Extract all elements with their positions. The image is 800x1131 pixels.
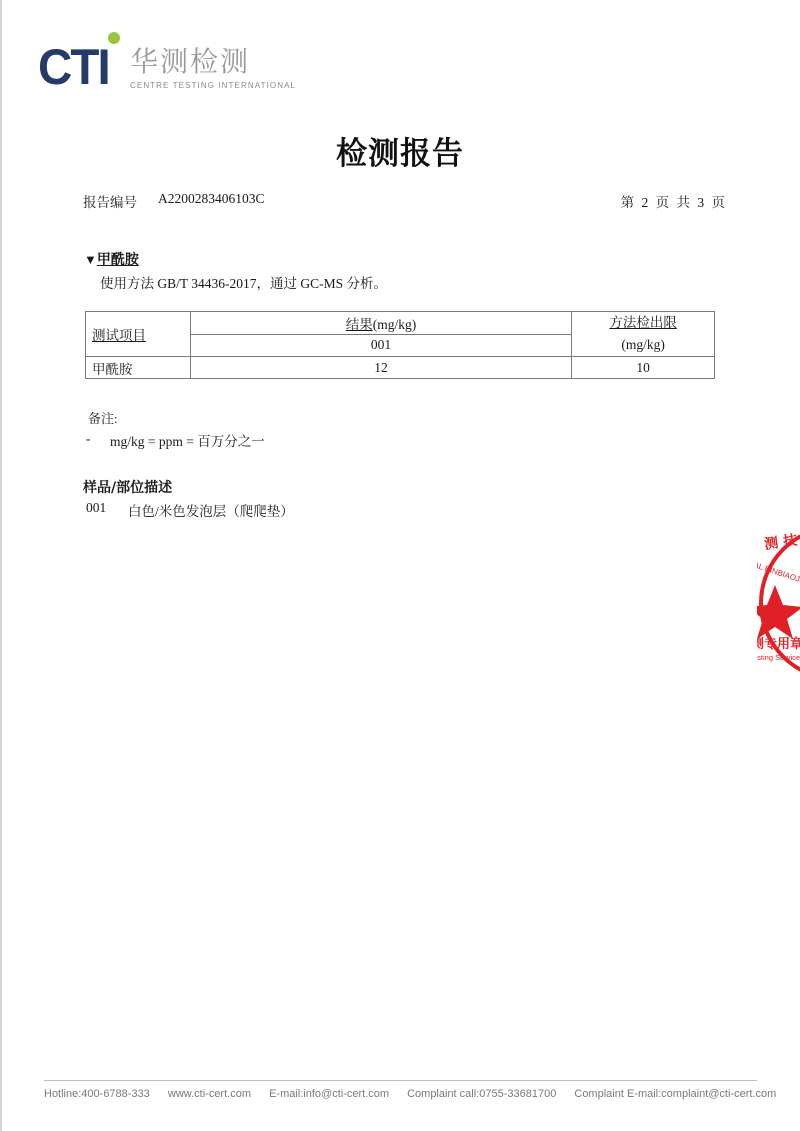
note-bullet: - xyxy=(86,431,90,447)
footer-divider xyxy=(44,1080,757,1081)
logo-chinese-name: 华测检测 xyxy=(130,46,250,78)
section-heading: ▼甲酰胺 xyxy=(84,249,139,269)
svg-text:测 技: 测 技 xyxy=(763,532,798,553)
results-table: 测试项目 结果(mg/kg) 方法检出限 (mg/kg) 001 甲酰胺 12 … xyxy=(85,311,715,379)
sample-description: 白色/米色发泡层（爬爬垫） xyxy=(128,500,294,520)
notes-label: 备注: xyxy=(88,408,118,427)
footer-complaint-email[interactable]: Complaint E-mail:complaint@cti-cert.com xyxy=(574,1088,776,1100)
footer-complaint-call: Complaint call:0755-33681700 xyxy=(407,1088,556,1100)
footer-website[interactable]: www.cti-cert.com xyxy=(168,1088,251,1100)
footer-email[interactable]: E-mail:info@cti-cert.com xyxy=(269,1088,389,1100)
cell-item: 甲酰胺 xyxy=(86,357,191,379)
footer: Hotline:400-6788-333 www.cti-cert.com E-… xyxy=(44,1088,764,1100)
note-item: mg/kg = ppm = 百万分之一 xyxy=(110,430,265,450)
report-number-label: 报告编号 xyxy=(83,191,137,211)
sample-id: 001 xyxy=(86,500,106,516)
test-method: 使用方法 GB/T 34436-2017，通过 GC-MS 分析。 xyxy=(100,272,387,292)
header-detection-limit: 方法检出限 (mg/kg) xyxy=(572,312,715,357)
logo-dot-icon xyxy=(108,32,120,44)
cell-result: 12 xyxy=(190,357,571,379)
cell-limit: 10 xyxy=(572,357,715,379)
logo-english-name: CENTRE TESTING INTERNATIONAL xyxy=(130,81,296,90)
logo-brand: CTI xyxy=(38,42,109,92)
report-number: A2200283406103C xyxy=(158,191,265,207)
page-info: 第 2 页 共 3 页 xyxy=(621,191,725,211)
document-title: 检测报告 xyxy=(0,128,800,173)
official-stamp-icon: 测 技 AL PINBIAOJS 测专用章 esting Services xyxy=(757,523,800,683)
triangle-down-icon: ▼ xyxy=(84,252,97,267)
svg-text:esting Services: esting Services xyxy=(757,653,800,662)
svg-text:测专用章: 测专用章 xyxy=(757,636,800,652)
header-test-item: 测试项目 xyxy=(86,312,191,357)
header-sample-id: 001 xyxy=(190,334,571,357)
header-result: 结果(mg/kg) xyxy=(190,312,571,335)
table-header-row: 测试项目 结果(mg/kg) 方法检出限 (mg/kg) xyxy=(86,312,715,335)
section-name: 甲酰胺 xyxy=(97,253,139,268)
sample-heading: 样品/部位描述 xyxy=(83,477,172,497)
cti-logo: CTI 华测检测 CENTRE TESTING INTERNATIONAL xyxy=(38,32,298,94)
footer-hotline: Hotline:400-6788-333 xyxy=(44,1088,150,1100)
table-row: 甲酰胺 12 10 xyxy=(86,357,715,379)
